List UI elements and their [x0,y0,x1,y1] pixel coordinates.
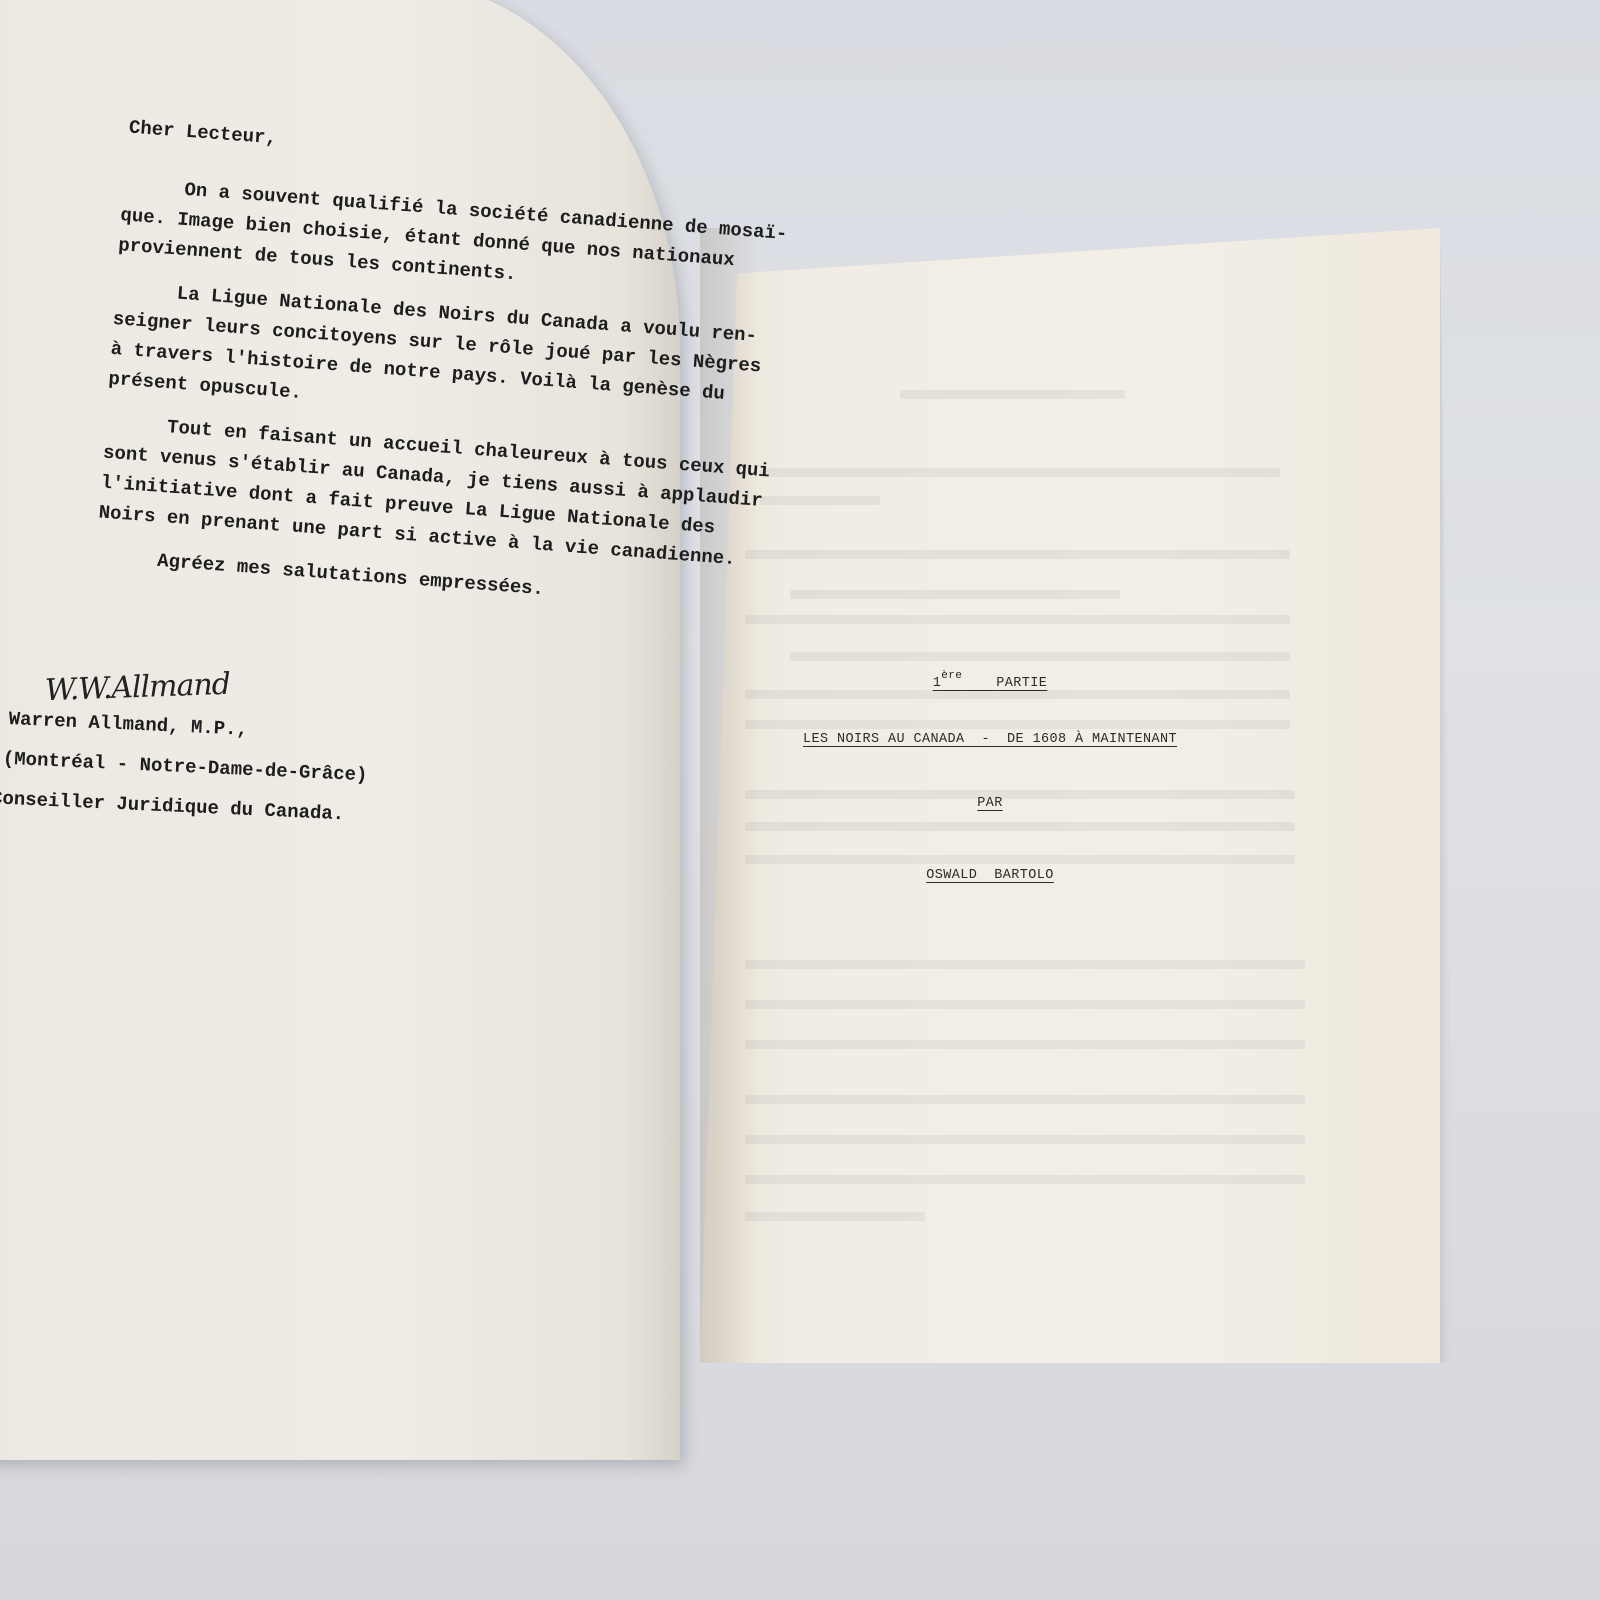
by-label: PAR [760,796,1220,811]
part-heading: 1ère PARTIE [760,670,1220,691]
part-number: 1 [933,676,942,691]
author-name: OSWALD BARTOLO [760,868,1220,883]
book-title: LES NOIRS AU CANADA - DE 1608 À MAINTENA… [760,732,1220,747]
part-label: PARTIE [996,676,1047,691]
part-suffix: ère [941,670,962,682]
handwritten-signature: W.W.Allmand [44,667,230,708]
